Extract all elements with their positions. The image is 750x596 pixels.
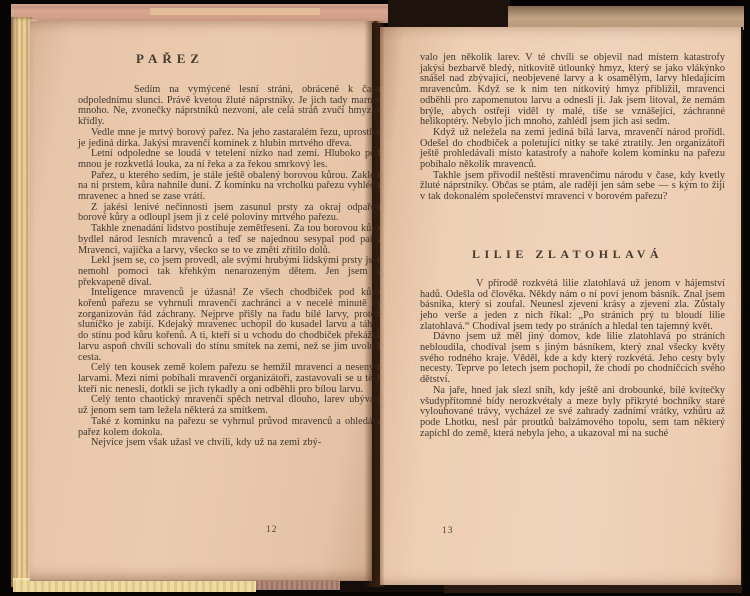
paragraph: Celý ten kousek země kolem pařezu se hem… (78, 363, 385, 395)
paragraph: Takhle znenadání lidstvo postihuje zemět… (78, 224, 385, 256)
top-page-edges-highlight (150, 8, 320, 15)
paragraph: Pařez, u kterého sedím, je stále ještě o… (78, 171, 385, 203)
chapter-title: PAŘEZ (136, 51, 385, 67)
page-number-left: 12 (266, 525, 278, 535)
paragraph: Také z komínku na pařezu se vyhrnul prův… (78, 417, 385, 438)
paragraph: Letní odpoledne se loudá v tetelení nízk… (78, 149, 385, 170)
right-page-continuation: valo jen několik larev. V té chvíli se o… (420, 53, 725, 203)
book-gutter (364, 21, 384, 587)
paragraph: Nejvíce jsem však užasl ve chvíli, kdy u… (78, 438, 385, 449)
paragraph: valo jen několik larev. V té chvíli se o… (420, 53, 725, 128)
right-page-section-paragraphs: V přírodě rozkvétá lilie zlatohlavá už j… (420, 279, 725, 440)
paragraph: Vedle mne je mrtvý borový pařez. Na jeho… (78, 128, 385, 149)
left-page: PAŘEZ Sedím na vymýcené lesní stráni, ob… (30, 21, 372, 581)
top-shadow-block (388, 0, 510, 29)
section-title: LILIE ZLATOHLAVÁ (472, 247, 725, 262)
right-page-text: valo jen několik larev. V té chvíli se o… (420, 53, 725, 439)
paragraph: Takhle jsem přivodil neštěstí mravenčímu… (420, 171, 725, 203)
left-page-paragraphs: Sedím na vymýcené lesní stráni, obrácené… (78, 85, 385, 449)
paragraph: Lekl jsem se, co jsem provedl, ale svými… (78, 256, 385, 288)
page-number-right: 13 (442, 526, 454, 536)
paragraph: Inteligence mravenců je úžasná! Ze všech… (78, 288, 385, 363)
open-book-photo: PAŘEZ Sedím na vymýcené lesní stráni, ob… (0, 0, 750, 596)
paragraph: V přírodě rozkvétá lilie zlatohlavá už j… (420, 279, 725, 333)
right-page: valo jen několik larev. V té chvíli se o… (380, 27, 743, 585)
paragraph: Dávno jsem už měl jiný domov, kde lilie … (420, 332, 725, 386)
left-page-text: PAŘEZ Sedím na vymýcené lesní stráni, ob… (78, 51, 385, 449)
paragraph: Sedím na vymýcené lesní stráni, obrácené… (78, 85, 385, 128)
paragraph: Celý tento chaotický mravenčí spěch netr… (78, 395, 385, 416)
paragraph: Na jaře, hned jak slezl sníh, kdy ještě … (420, 386, 725, 440)
paragraph: Když už neležela na zemi jediná bílá lar… (420, 128, 725, 171)
paragraph: Z jakési lenivé nečinnosti jsem zasunul … (78, 203, 385, 224)
